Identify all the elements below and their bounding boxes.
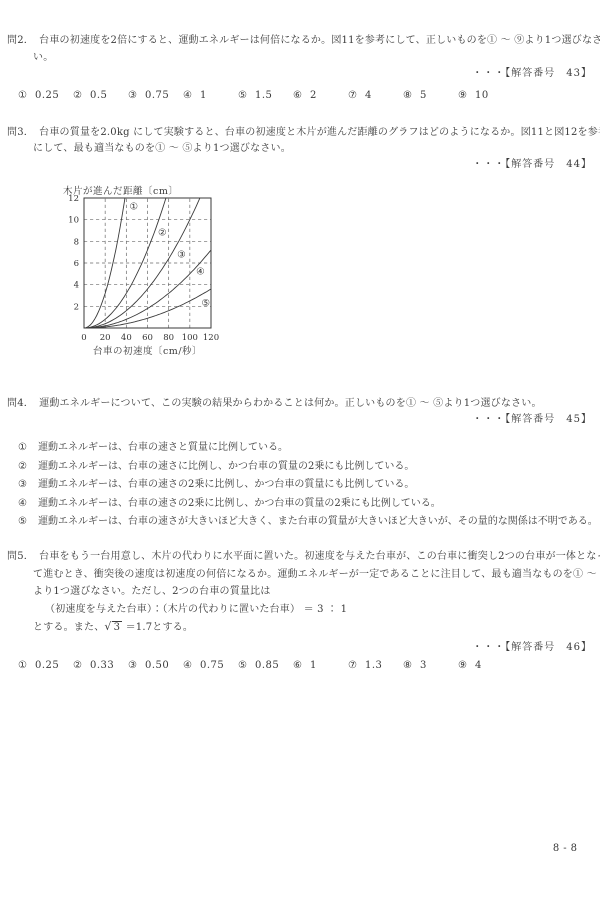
answer-number-label: ・・・【解答番号 43】 bbox=[0, 66, 600, 81]
x-tick-label: 40 bbox=[121, 333, 132, 343]
answer-option-4: ④1 bbox=[183, 90, 238, 101]
question-2: 問2． 台車の初速度を2倍にすると、運動エネルギーは何倍になるか。図11を参考に… bbox=[0, 32, 600, 101]
choice-statement-2: ②運動エネルギーは、台車の速さに比例し、かつ台車の質量の2乗にも比例している。 bbox=[0, 458, 600, 477]
choice-text: 運動エネルギーは、台車の速さの2乗に比例し、かつ台車の質量にも比例している。 bbox=[38, 479, 414, 490]
answer-option-6: ⑥2 bbox=[293, 90, 348, 101]
answer-option-2: ②0.5 bbox=[73, 90, 128, 101]
curve-label-4: ④ bbox=[196, 267, 205, 278]
circled-number: ① bbox=[18, 90, 27, 101]
question-5-text-line: て進むとき、衝突後の速度は初速度の何倍になるか。運動エネルギーが一定であることに… bbox=[0, 566, 600, 584]
answer-option-1: ①0.25 bbox=[18, 660, 73, 671]
figure-graph-svg: 02040608010012024681012①②③④⑤ bbox=[60, 183, 236, 363]
circled-number: ① bbox=[18, 660, 27, 671]
sqrt-radicand: 3 bbox=[112, 621, 123, 633]
circled-number: ③ bbox=[18, 479, 27, 490]
circled-number: ④ bbox=[18, 498, 27, 509]
choice-text: 運動エネルギーは、台車の速さに比例し、かつ台車の質量の2乗にも比例している。 bbox=[38, 461, 414, 472]
question-3: 問3． 台車の質量を2.0kg にして実験すると、台車の初速度と木片が進んだ距離… bbox=[0, 125, 600, 172]
question-4: 問4． 運動エネルギーについて、この実験の結果からわかることは何か。正しいものを… bbox=[0, 395, 600, 532]
option-value: 5 bbox=[420, 90, 427, 101]
question-4-choice-list: ①運動エネルギーは、台車の速さと質量に比例している。②運動エネルギーは、台車の速… bbox=[0, 439, 600, 532]
question-2-text-line: 問2． 台車の初速度を2倍にすると、運動エネルギーは何倍になるか。図11を参考に… bbox=[0, 32, 600, 49]
x-tick-label: 60 bbox=[142, 333, 153, 343]
answer-number-label: ・・・【解答番号 44】 bbox=[0, 157, 600, 172]
option-value: 1 bbox=[310, 660, 317, 671]
y-tick-label: 4 bbox=[74, 281, 79, 291]
question-2-text-line: い。 bbox=[0, 49, 600, 66]
option-value: 10 bbox=[475, 90, 489, 101]
answer-option-7: ⑦1.3 bbox=[348, 660, 403, 671]
curve-label-3: ③ bbox=[177, 249, 186, 260]
question-2-options-row: ①0.25②0.5③0.75④1⑤1.5⑥2⑦4⑧5⑨10 bbox=[0, 90, 600, 101]
option-value: 0.75 bbox=[145, 90, 169, 101]
y-tick-label: 2 bbox=[74, 302, 79, 312]
answer-option-9: ⑨10 bbox=[458, 90, 513, 101]
option-value: 0.33 bbox=[90, 660, 114, 671]
x-tick-label: 120 bbox=[203, 333, 219, 343]
circled-number: ⑧ bbox=[403, 660, 412, 671]
choice-text: 運動エネルギーは、台車の速さと質量に比例している。 bbox=[38, 442, 288, 453]
circled-number: ⑨ bbox=[458, 90, 467, 101]
answer-option-5: ⑤1.5 bbox=[238, 90, 293, 101]
answer-option-1: ①0.25 bbox=[18, 90, 73, 101]
choice-statement-5: ⑤運動エネルギーは、台車の速さが大きいほど大きく、また台車の質量が大きいほど大き… bbox=[0, 513, 600, 532]
exam-page: 問2． 台車の初速度を2倍にすると、運動エネルギーは何倍になるか。図11を参考に… bbox=[0, 0, 600, 900]
answer-option-4: ④0.75 bbox=[183, 660, 238, 671]
choice-text: 運動エネルギーは、台車の速さの2乗に比例し、かつ台車の質量の2乗にも比例している… bbox=[38, 498, 441, 509]
question-5-text-line: より1つ選びなさい。ただし、2つの台車の質量比は bbox=[0, 583, 600, 601]
option-value: 1.5 bbox=[255, 90, 272, 101]
x-tick-label: 0 bbox=[81, 333, 86, 343]
answer-number-label: ・・・【解答番号 45】 bbox=[0, 412, 600, 427]
question-5-options-row: ①0.25②0.33③0.50④0.75⑤0.85⑥1⑦1.3⑧3⑨4 bbox=[0, 660, 600, 671]
choice-statement-4: ④運動エネルギーは、台車の速さの2乗に比例し、かつ台車の質量の2乗にも比例してい… bbox=[0, 495, 600, 514]
x-tick-label: 80 bbox=[163, 333, 174, 343]
x-tick-label: 20 bbox=[100, 333, 111, 343]
curve-label-2: ② bbox=[158, 228, 167, 239]
question-3-text-line: にして、最も適当なものを① ～ ⑤より1つ選びなさい。 bbox=[0, 141, 600, 157]
choice-statement-3: ③運動エネルギーは、台車の速さの2乗に比例し、かつ台車の質量にも比例している。 bbox=[0, 476, 600, 495]
circled-number: ① bbox=[18, 442, 27, 453]
choice-text: 運動エネルギーは、台車の速さが大きいほど大きく、また台車の質量が大きいほど大きい… bbox=[38, 516, 598, 527]
option-value: 1 bbox=[200, 90, 207, 101]
circled-number: ④ bbox=[183, 660, 192, 671]
x-tick-label: 100 bbox=[182, 333, 198, 343]
circled-number: ⑤ bbox=[238, 660, 247, 671]
option-value: 0.25 bbox=[35, 90, 59, 101]
question-4-text-line: 問4． 運動エネルギーについて、この実験の結果からわかることは何か。正しいものを… bbox=[0, 395, 600, 412]
y-tick-label: 8 bbox=[74, 237, 79, 247]
circled-number: ⑧ bbox=[403, 90, 412, 101]
question-3-text-line: 問3． 台車の質量を2.0kg にして実験すると、台車の初速度と木片が進んだ距離… bbox=[0, 125, 600, 141]
circled-number: ⑤ bbox=[18, 516, 27, 527]
circled-number: ② bbox=[73, 90, 82, 101]
y-tick-label: 10 bbox=[68, 216, 79, 226]
circled-number: ② bbox=[18, 461, 27, 472]
sqrt-line-prefix: とする。また、 bbox=[33, 622, 104, 633]
circled-number: ② bbox=[73, 660, 82, 671]
circled-number: ⑦ bbox=[348, 660, 357, 671]
curve-label-1: ① bbox=[129, 202, 138, 213]
option-value: 0.50 bbox=[145, 660, 169, 671]
option-value: 4 bbox=[475, 660, 482, 671]
answer-option-3: ③0.50 bbox=[128, 660, 183, 671]
option-value: 0.75 bbox=[200, 660, 224, 671]
circled-number: ⑦ bbox=[348, 90, 357, 101]
option-value: 0.85 bbox=[255, 660, 279, 671]
answer-option-8: ⑧5 bbox=[403, 90, 458, 101]
circled-number: ③ bbox=[128, 660, 137, 671]
circled-number: ③ bbox=[128, 90, 137, 101]
answer-option-7: ⑦4 bbox=[348, 90, 403, 101]
y-tick-label: 12 bbox=[68, 194, 79, 204]
circled-number: ⑨ bbox=[458, 660, 467, 671]
option-value: 1.3 bbox=[365, 660, 382, 671]
answer-option-6: ⑥1 bbox=[293, 660, 348, 671]
circled-number: ⑥ bbox=[293, 660, 302, 671]
sqrt-radical-sign: √ bbox=[104, 620, 111, 633]
question-5-text-line: 問5． 台車をもう一台用意し、木片の代わりに水平面に置いた。初速度を与えた台車が… bbox=[0, 548, 600, 566]
y-tick-label: 6 bbox=[74, 259, 79, 269]
circled-number: ⑥ bbox=[293, 90, 302, 101]
sqrt-line-suffix: ＝1.7とする。 bbox=[126, 622, 194, 633]
answer-option-5: ⑤0.85 bbox=[238, 660, 293, 671]
option-value: 4 bbox=[365, 90, 372, 101]
circled-number: ⑤ bbox=[238, 90, 247, 101]
answer-option-9: ⑨4 bbox=[458, 660, 513, 671]
answer-option-2: ②0.33 bbox=[73, 660, 128, 671]
figure-graph: 木片が進んだ距離〔cm〕 02040608010012024681012①②③④… bbox=[60, 183, 236, 363]
graph-x-axis-title: 台車の初速度〔cm/秒〕 bbox=[84, 343, 211, 357]
question-5: 問5． 台車をもう一台用意し、木片の代わりに水平面に置いた。初速度を与えた台車が… bbox=[0, 548, 600, 671]
answer-option-3: ③0.75 bbox=[128, 90, 183, 101]
option-value: 3 bbox=[420, 660, 427, 671]
option-value: 2 bbox=[310, 90, 317, 101]
page-number: 8-8 bbox=[553, 843, 581, 854]
mass-ratio-line: （初速度を与えた台車）：（木片の代わりに置いた台車） ＝ 3 ： 1 bbox=[0, 601, 600, 619]
circled-number: ④ bbox=[183, 90, 192, 101]
choice-statement-1: ①運動エネルギーは、台車の速さと質量に比例している。 bbox=[0, 439, 600, 458]
option-value: 0.5 bbox=[90, 90, 107, 101]
option-value: 0.25 bbox=[35, 660, 59, 671]
sqrt-value-line: とする。また、√3 ＝1.7とする。 bbox=[0, 618, 600, 637]
answer-option-8: ⑧3 bbox=[403, 660, 458, 671]
answer-number-label: ・・・【解答番号 46】 bbox=[0, 640, 600, 655]
curve-label-5: ⑤ bbox=[201, 298, 210, 309]
